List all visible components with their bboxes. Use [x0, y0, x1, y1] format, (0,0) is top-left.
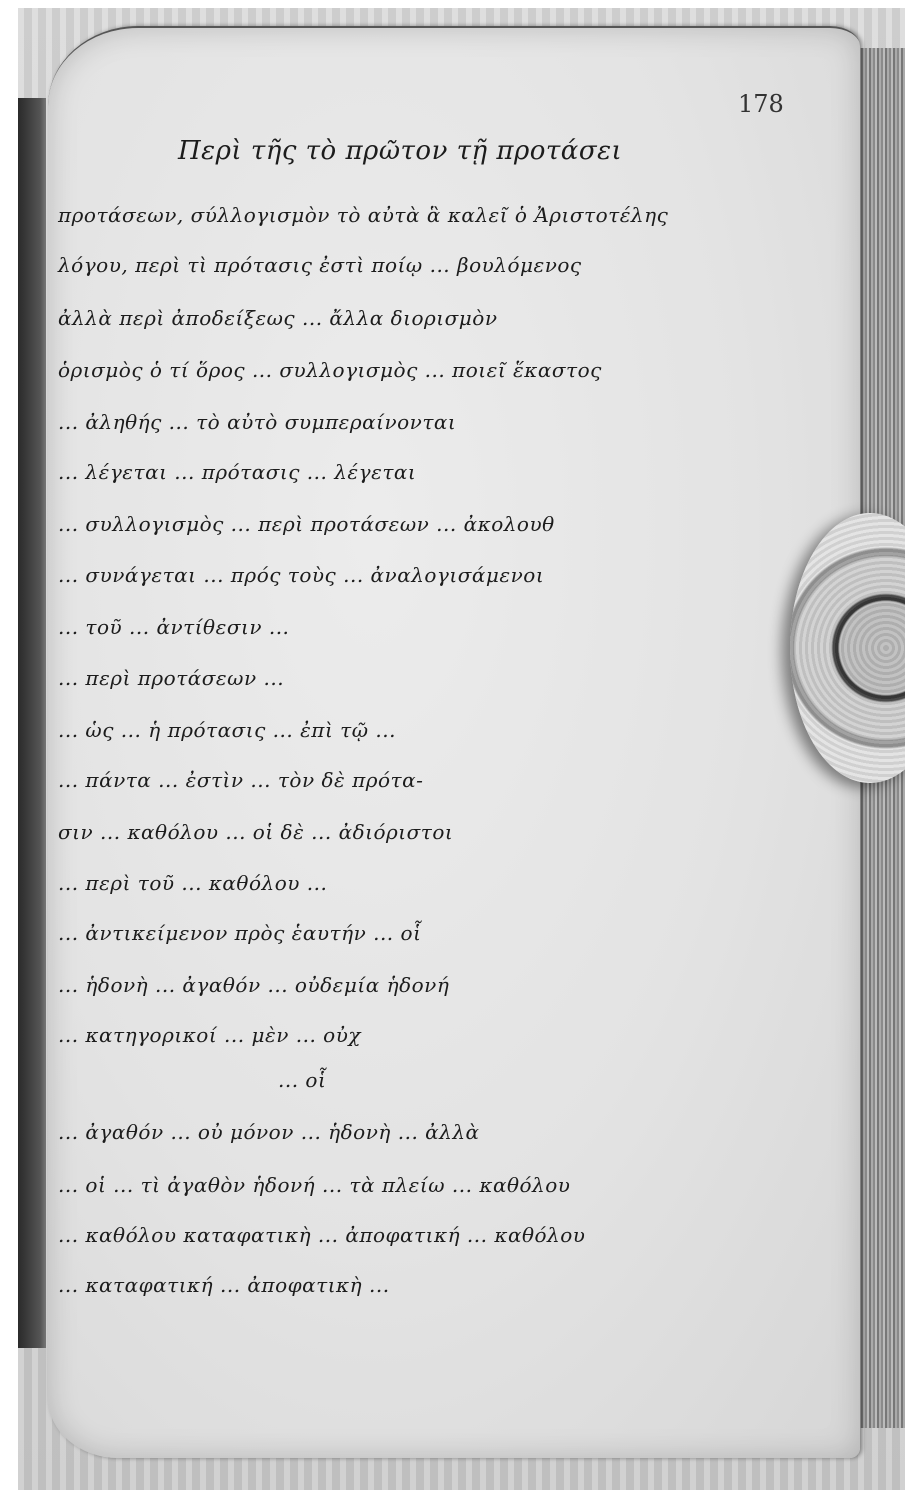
text-line: ... οἷ — [278, 1068, 326, 1092]
manuscript-page: 178 Περὶ τῆς τὸ πρῶτον τῇ προτάσει προτά… — [48, 26, 860, 1458]
text-line: ... ὡς ... ἡ πρότασις ... ἐπὶ τῷ ... — [58, 718, 396, 742]
folio-number: 178 — [738, 90, 784, 118]
heading: Περὶ τῆς τὸ πρῶτον τῇ προτάσει — [178, 136, 622, 166]
text-line: ... ἀγαθόν ... οὐ μόνον ... ἡδονὴ ... ἀλ… — [58, 1120, 480, 1144]
text-line: σιν ... καθόλου ... οἱ δὲ ... ἀδιόριστοι — [58, 820, 453, 844]
text-line: ὁρισμὸς ὁ τί ὅρος ... συλλογισμὸς ... πο… — [58, 358, 602, 382]
text-line: ... περὶ προτάσεων ... — [58, 666, 284, 690]
text-line: ... πάντα ... ἐστὶν ... τὸν δὲ πρότα- — [58, 768, 423, 792]
text-line: ... συλλογισμὸς ... περὶ προτάσεων ... ἀ… — [58, 512, 555, 536]
text-line: ... λέγεται ... πρότασις ... λέγεται — [58, 460, 416, 484]
text-line: ... ἀντικείμενον πρὸς ἑαυτήν ... οἷ — [58, 921, 421, 945]
text-line: προτάσεων, σύλλογισμὸν τὸ αὐτὰ ἃ καλεῖ ὁ… — [58, 203, 668, 227]
text-line: ... οἱ ... τὶ ἀγαθὸν ἡδονή ... τὰ πλείω … — [58, 1173, 570, 1197]
text-line: ... κατηγορικοί ... μὲν ... οὐχ — [58, 1023, 361, 1047]
text-line: ἀλλὰ περὶ ἀποδείξεως ... ἄλλα διορισμὸν — [58, 306, 498, 330]
text-line: ... τοῦ ... ἀντίθεσιν ... — [58, 615, 289, 639]
text-line: ... περὶ τοῦ ... καθόλου ... — [58, 871, 327, 895]
text-line: λόγου, περὶ τὶ πρότασις ἐστὶ ποίῳ ... βο… — [58, 253, 582, 277]
text-line: ... ἡδονὴ ... ἀγαθόν ... οὐδεμία ἡδονή — [58, 973, 449, 997]
manuscript-photo: 178 Περὶ τῆς τὸ πρῶτον τῇ προτάσει προτά… — [18, 8, 905, 1490]
text-line: ... καθόλου καταφατικὴ ... ἀποφατική ...… — [58, 1223, 585, 1247]
text-line: ... καταφατική ... ἀποφατικὴ ... — [58, 1273, 390, 1297]
text-line: ... συνάγεται ... πρός τοὺς ... ἀναλογισ… — [58, 563, 544, 587]
text-line: ... ἀληθής ... τὸ αὐτὸ συμπεραίνονται — [58, 410, 456, 434]
binding-shadow — [18, 98, 46, 1348]
